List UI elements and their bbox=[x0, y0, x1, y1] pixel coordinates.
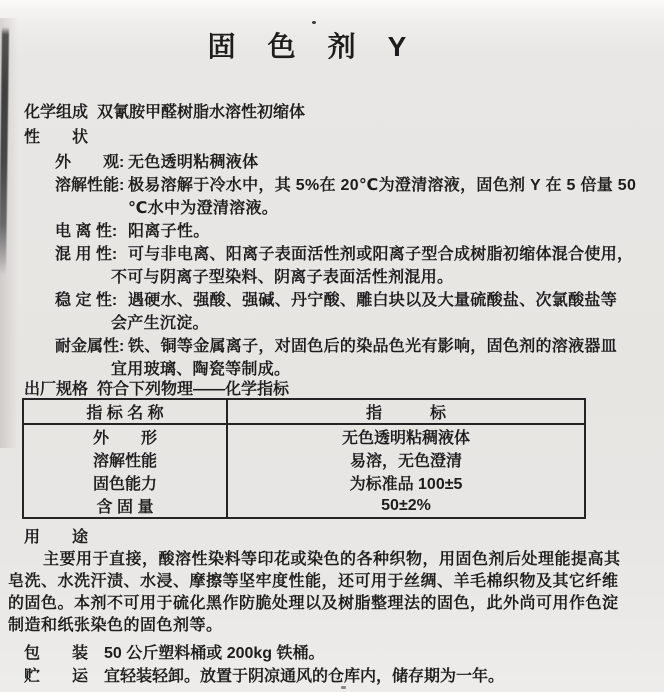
usage-section-label: 用 途 bbox=[24, 529, 88, 546]
factory-spec-label: 出厂规格 bbox=[24, 381, 88, 398]
property-stability: 稳 定 性: 遇硬水、强酸、强碱、丹宁酸、雕白块以及大量硫酸盐、次氯酸盐等 会产… bbox=[55, 289, 664, 335]
chemical-composition-label: 化学组成 bbox=[24, 101, 97, 125]
property-metal-resistance-value-line-1: 铁、铜等金属离子，对固色后的染品色光有影响，固色剂的溶液器皿 bbox=[128, 335, 617, 358]
usage-paragraph-line-3: 的固色。本剂不可用于硫化黑作防脆处理以及树脂整理法的固色，此外尚可用作色淀 bbox=[8, 593, 664, 615]
property-stability-value-line-1: 遇硬水、强酸、强碱、丹宁酸、雕白块以及大量硫酸盐、次氯酸盐等 bbox=[128, 289, 617, 312]
property-solubility-value-line-1: 极易溶解于冷水中，其 5%在 20℃为澄清溶液，固色剂 Y 在 5 倍量 50 bbox=[128, 174, 636, 197]
table-row: 固色能力 为标准品 100±5 bbox=[23, 471, 585, 494]
property-solubility-value-line-2: ℃水中为澄清溶液。 bbox=[128, 197, 636, 220]
spec-name-cell: 固色能力 bbox=[23, 471, 227, 494]
chemical-composition-value: 双氰胺甲醛树脂水溶性初缩体 bbox=[97, 104, 305, 121]
table-row: 含 固 量 50±2% bbox=[23, 494, 585, 518]
speck-artifact-bottom bbox=[341, 686, 346, 689]
spec-value-cell: 50±2% bbox=[227, 494, 585, 518]
property-list: 外 观: 无色透明粘稠液体 溶解性能: 极易溶解于冷水中，其 5%在 20℃为澄… bbox=[55, 151, 664, 381]
spec-table-header-value: 指 标 bbox=[227, 399, 585, 424]
usage-paragraph-line-2: 皂洗、水洗汗渍、水浸、摩擦等坚牢度性能，还可用于丝绸、羊毛棉织物及其它纤维 bbox=[8, 571, 664, 593]
storage-label: 贮 运 bbox=[24, 665, 104, 688]
packing-label: 包 装 bbox=[24, 642, 104, 665]
property-solubility-label: 溶解性能: bbox=[55, 174, 128, 220]
character-section-label: 性 状 bbox=[24, 129, 88, 146]
table-row: 溶解性能 易溶，无色澄清 bbox=[23, 448, 585, 471]
property-compatibility: 混 用 性: 可与非电离、阳离子表面活性剂或阳离子型合成树脂初缩体混合使用， 不… bbox=[55, 243, 664, 289]
property-appearance-value: 无色透明粘稠液体 bbox=[128, 151, 258, 174]
packing-row: 包 装50 公斤塑料桶或 200kg 铁桶。 bbox=[24, 642, 664, 665]
property-metal-resistance: 耐金属性: 铁、铜等金属离子，对固色后的染品色光有影响，固色剂的溶液器皿 宜用玻… bbox=[55, 335, 664, 381]
spec-name-cell: 外 形 bbox=[23, 424, 227, 448]
character-section-row: 性 状 bbox=[24, 126, 664, 150]
spec-name-cell: 溶解性能 bbox=[23, 448, 227, 471]
property-ionicity-value: 阳离子性。 bbox=[128, 220, 210, 243]
table-row: 外 形 无色透明粘稠液体 bbox=[23, 424, 585, 448]
spec-table: 指 标 名 称 指 标 外 形 无色透明粘稠液体 溶解性能 易溶，无色澄清 固色… bbox=[22, 398, 586, 519]
storage-text: 宜轻装轻卸。放置于阴凉通风的仓库内，储存期为一年。 bbox=[104, 668, 504, 685]
property-ionicity-label: 电 离 性: bbox=[55, 220, 128, 243]
factory-spec-row: 出厂规格符合下列物理——化学指标 bbox=[24, 381, 664, 398]
scanned-document-page: 固 色 剂 Y 化学组成双氰胺甲醛树脂水溶性初缩体 性 状 外 观: 无色透明粘… bbox=[0, 0, 664, 692]
usage-paragraph-line-1: 主要用于直接，酸溶性染料等印花或染色的各种织物，用固色剂后处理能提高其 bbox=[8, 549, 664, 571]
usage-section-row: 用 途 bbox=[24, 526, 664, 549]
spec-table-header-name: 指 标 名 称 bbox=[23, 399, 227, 424]
document-title: 固 色 剂 Y bbox=[0, 0, 640, 63]
packing-text: 50 公斤塑料桶或 200kg 铁桶。 bbox=[104, 645, 325, 662]
spec-name-cell: 含 固 量 bbox=[23, 494, 227, 518]
factory-spec-text: 符合下列物理——化学指标 bbox=[97, 381, 289, 398]
usage-paragraph-line-4: 制造和纸张染色的固色剂等。 bbox=[8, 615, 664, 637]
property-ionicity: 电 离 性: 阳离子性。 bbox=[55, 220, 664, 243]
spec-value-cell: 无色透明粘稠液体 bbox=[227, 424, 585, 448]
property-metal-resistance-value-line-2: 宜用玻璃、陶瓷等制成。 bbox=[111, 358, 617, 381]
property-compatibility-value-line-2: 不可与阴离子型染料、阴离子表面活性剂混用。 bbox=[111, 266, 633, 289]
storage-row: 贮 运宜轻装轻卸。放置于阴凉通风的仓库内，储存期为一年。 bbox=[24, 665, 664, 688]
property-appearance: 外 观: 无色透明粘稠液体 bbox=[55, 151, 664, 174]
spec-value-cell: 为标准品 100±5 bbox=[227, 471, 585, 494]
property-compatibility-value-line-1: 可与非电离、阳离子表面活性剂或阳离子型合成树脂初缩体混合使用， bbox=[128, 243, 633, 266]
spec-value-cell: 易溶，无色澄清 bbox=[227, 448, 585, 471]
property-solubility: 溶解性能: 极易溶解于冷水中，其 5%在 20℃为澄清溶液，固色剂 Y 在 5 … bbox=[55, 174, 664, 220]
usage-paragraph: 主要用于直接，酸溶性染料等印花或染色的各种织物，用固色剂后处理能提高其 皂洗、水… bbox=[8, 549, 664, 637]
chemical-composition-row: 化学组成双氰胺甲醛树脂水溶性初缩体 bbox=[24, 101, 664, 125]
property-stability-value-line-2: 会产生沉淀。 bbox=[111, 312, 617, 335]
property-appearance-label: 外 观: bbox=[55, 151, 128, 174]
spec-table-header-row: 指 标 名 称 指 标 bbox=[23, 399, 585, 424]
